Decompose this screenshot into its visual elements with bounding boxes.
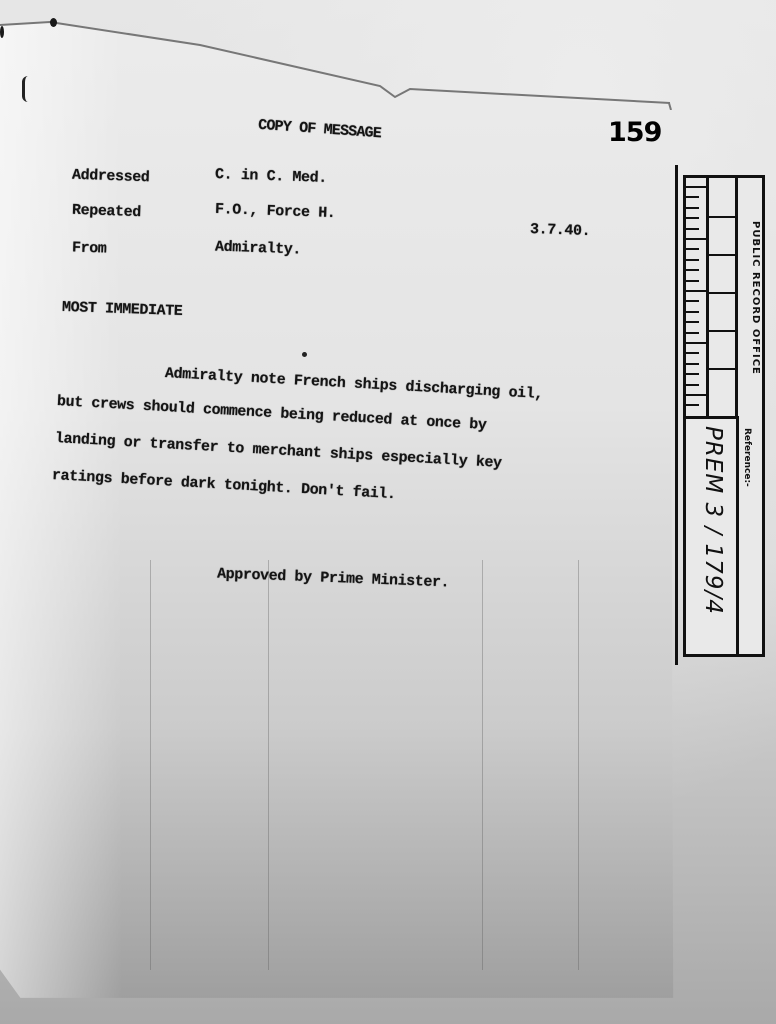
ruler-tick xyxy=(686,394,706,396)
paper-crease xyxy=(150,560,151,970)
ruler-tick xyxy=(686,217,699,219)
ruler-tick xyxy=(686,186,706,188)
ruler-tick xyxy=(686,373,699,375)
stamp-office-name: PUBLIC RECORD OFFICE xyxy=(741,184,761,412)
ruler-tick xyxy=(686,384,699,386)
ruler-tick xyxy=(686,207,699,209)
ruler-cell-divider xyxy=(708,292,735,294)
ruler-tick xyxy=(686,280,699,282)
ruler-tick xyxy=(686,290,706,292)
public-record-office-stamp: PUBLIC RECORD OFFICE Reference:- PREM 3 … xyxy=(683,175,765,657)
ruler-tick xyxy=(686,321,699,323)
ruler-column-line xyxy=(735,178,738,416)
document-sheet xyxy=(0,0,680,1010)
punch-hole-mark xyxy=(0,26,4,38)
ruler-tick xyxy=(686,238,706,240)
binding-mark xyxy=(22,76,31,102)
ruler-tick xyxy=(686,311,699,313)
stamp-ruler xyxy=(686,178,738,419)
ruler-cell-divider xyxy=(708,368,735,370)
ruler-tick xyxy=(686,269,699,271)
folio-number: 159 xyxy=(608,117,661,148)
ruler-tick xyxy=(686,300,699,302)
ruler-cell-divider xyxy=(708,330,735,332)
ruler-tick xyxy=(686,404,699,406)
ruler-tick xyxy=(686,342,706,344)
ruler-cell-divider xyxy=(708,254,735,256)
ruler-tick xyxy=(686,259,699,261)
stamp-margin-line xyxy=(675,165,678,665)
ruler-cell-divider xyxy=(708,216,735,218)
stamp-reference-label: Reference:- xyxy=(742,428,752,487)
from-value: Admiralty. xyxy=(215,239,302,259)
repeated-label: Repeated xyxy=(72,202,141,221)
ruler-tick xyxy=(686,352,699,354)
message-date: 3.7.40. xyxy=(530,221,591,240)
stamp-divider xyxy=(736,416,739,654)
ruler-tick xyxy=(686,332,699,334)
stamp-reference-value: PREM 3 / 179/4 xyxy=(700,426,726,615)
ruler-tick xyxy=(686,248,699,250)
punch-hole-mark xyxy=(50,18,57,27)
paper-crease xyxy=(578,560,579,970)
ruler-tick xyxy=(686,228,699,230)
paper-crease xyxy=(482,560,483,970)
ruler-tick xyxy=(686,363,699,365)
addressed-label: Addressed xyxy=(72,167,150,187)
ink-dot xyxy=(302,352,307,357)
ruler-column-line xyxy=(706,178,709,416)
ruler-tick xyxy=(686,196,699,198)
paper-crease xyxy=(268,560,269,970)
from-label: From xyxy=(72,239,107,257)
